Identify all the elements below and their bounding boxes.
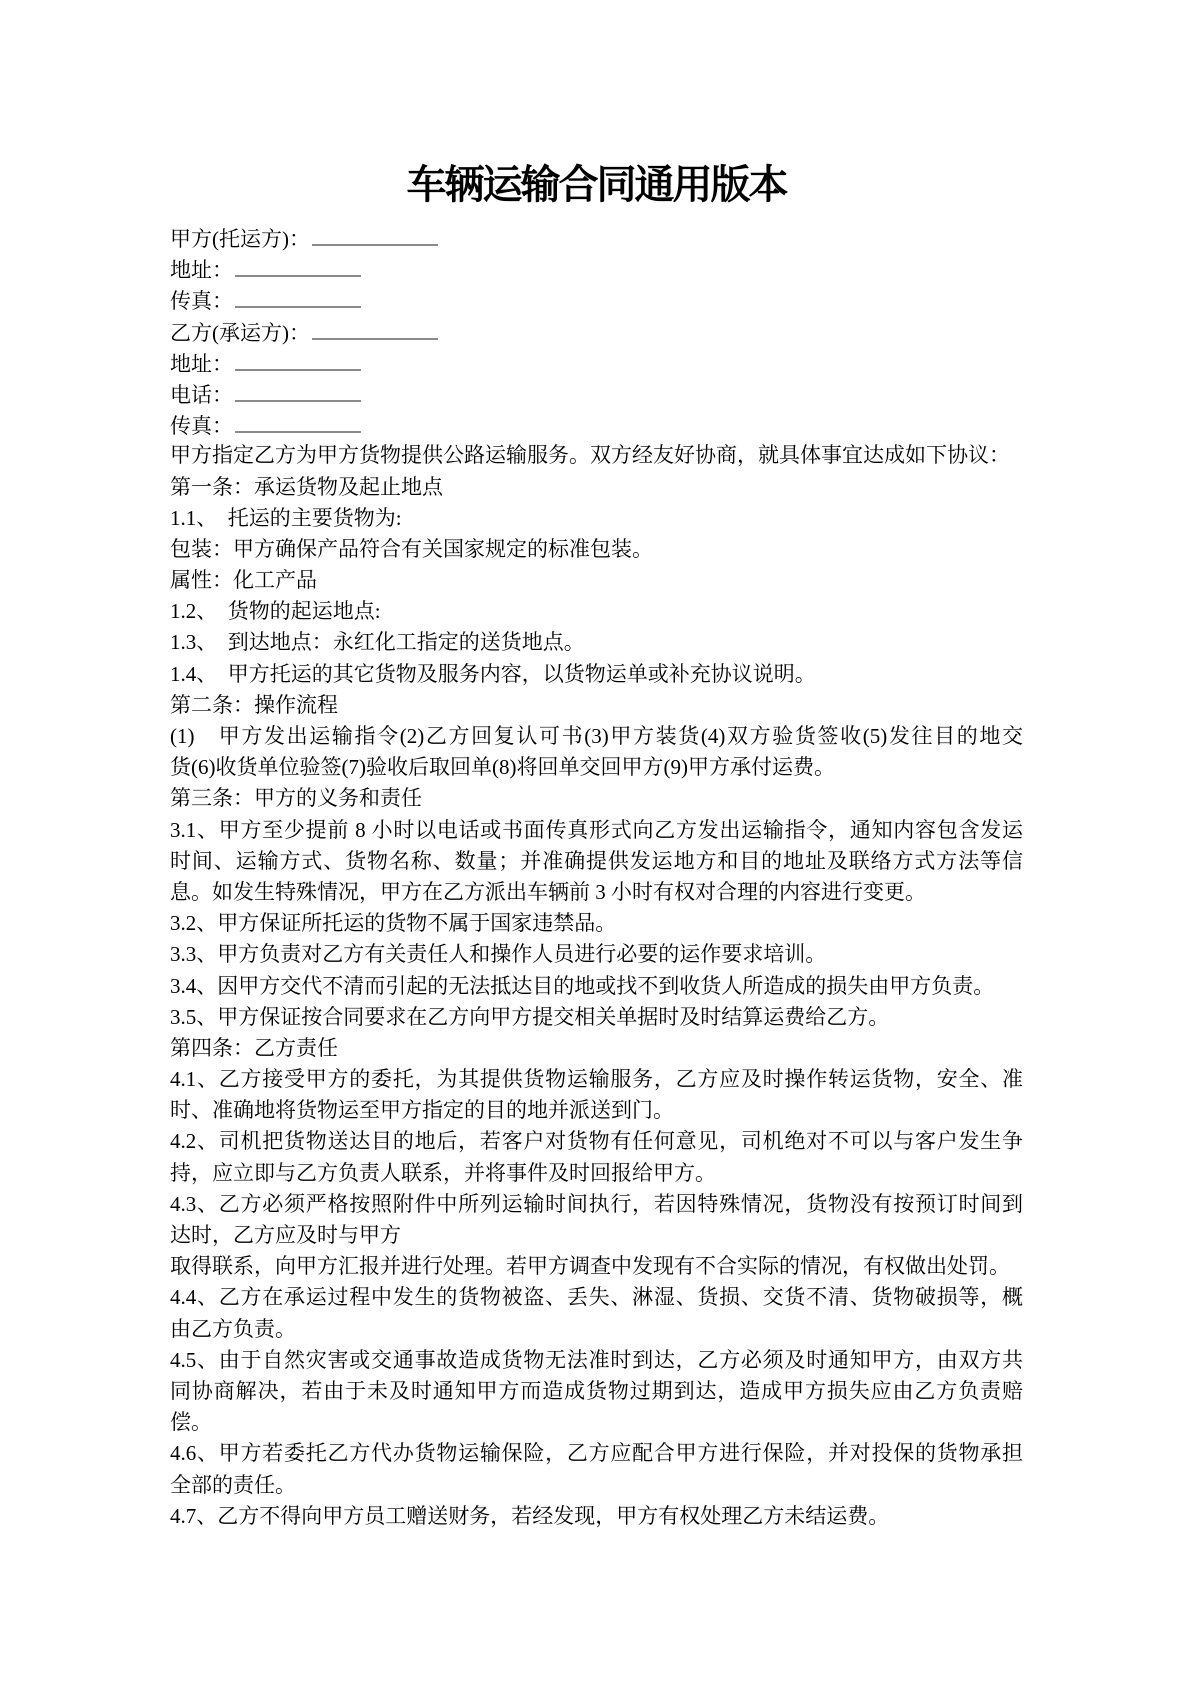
text-line: 时、准确地将货物运至甲方指定的目的地并派送到门。 [170,1095,1023,1126]
text-line: 3.3、甲方负责对乙方有关责任人和操作人员进行必要的运作要求培训。 [170,939,1023,970]
blank-underline [235,284,361,308]
text-line: 第三条：甲方的义务和责任 [170,783,1023,814]
text-line: 时间、运输方式、货物名称、数量；并准确提供发运地方和目的地址及联络方式方法等信 [170,846,1023,877]
text-line: 3.4、因甲方交代不清而引起的无法抵达目的地或找不到收货人所造成的损失由甲方负责… [170,971,1023,1002]
text-line: 达时，乙方应及时与甲方 [170,1220,1023,1251]
text-line: 3.2、甲方保证所托运的货物不属于国家违禁品。 [170,908,1023,939]
text-line: 甲方指定乙方为甲方货物提供公路运输服务。双方经友好协商，就具体事宜达成如下协议： [170,440,1023,471]
text-line: 第四条：乙方责任 [170,1033,1023,1064]
field-label: 甲方(托运方)： [170,227,310,251]
field-label: 乙方(承运方)： [170,321,310,345]
blank-underline [312,222,438,246]
text-line: 持，应立即与乙方负责人联系，并将事件及时回报给甲方。 [170,1158,1023,1189]
text-line: 3.1、甲方至少提前 8 小时以电话或书面传真形式向乙方发出运输指令，通知内容包… [170,815,1023,846]
text-line: 1.4、 甲方托运的其它货物及服务内容，以货物运单或补充协议说明。 [170,659,1023,690]
text-line: 1.3、 到达地点：永红化工指定的送货地点。 [170,627,1023,658]
text-line: 全部的责任。 [170,1470,1023,1501]
text-line: 偿。 [170,1407,1023,1438]
text-line: 属性：化工产品 [170,565,1023,596]
text-line: 1.1、 托运的主要货物为: [170,503,1023,534]
form-field-line: 地址： [170,253,1023,284]
field-label: 传真： [170,289,233,313]
blank-underline [235,347,361,371]
text-line: 同协商解决，若由于未及时通知甲方而造成货物过期到达，造成甲方损失应由乙方负责赔 [170,1376,1023,1407]
form-field-line: 甲方(托运方)： [170,222,1023,253]
text-line: 4.7、乙方不得向甲方员工赠送财务，若经发现，甲方有权处理乙方未结运费。 [170,1501,1023,1532]
text-line: 1.2、 货物的起运地点: [170,596,1023,627]
field-label: 地址： [170,258,233,282]
field-label: 传真： [170,414,233,438]
text-line: 第一条：承运货物及起止地点 [170,472,1023,503]
document-page: 车辆运输合同通用版本 甲方(托运方)：地址：传真：乙方(承运方)：地址：电话：传… [0,0,1190,1683]
text-line: 取得联系，向甲方汇报并进行处理。若甲方调查中发现有不合实际的情况，有权做出处罚。 [170,1251,1023,1282]
blank-underline [235,253,361,277]
field-label: 电话： [170,383,233,407]
text-line: 由乙方负责。 [170,1314,1023,1345]
text-line: 息。如发生特殊情况，甲方在乙方派出车辆前 3 小时有权对合理的内容进行变更。 [170,877,1023,908]
text-line: 第二条：操作流程 [170,690,1023,721]
text-line: 4.1、乙方接受甲方的委托，为其提供货物运输服务，乙方应及时操作转运货物，安全、… [170,1064,1023,1095]
text-line: 4.2、司机把货物送达目的地后，若客户对货物有任何意见，司机绝对不可以与客户发生… [170,1126,1023,1157]
text-line: 4.5、由于自然灾害或交通事故造成货物无法准时到达，乙方必须及时通知甲方，由双方… [170,1345,1023,1376]
text-line: 4.4、乙方在承运过程中发生的货物被盗、丢失、淋湿、货损、交货不清、货物破损等，… [170,1282,1023,1313]
blank-underline [235,409,361,433]
content-area: 车辆运输合同通用版本 甲方(托运方)：地址：传真：乙方(承运方)：地址：电话：传… [170,150,1023,1532]
doc-title: 车辆运输合同通用版本 [170,150,1023,222]
form-field-line: 地址： [170,347,1023,378]
blank-underline [312,316,438,340]
form-field-line: 电话： [170,378,1023,409]
text-line: (1) 甲方发出运输指令(2)乙方回复认可书(3)甲方装货(4)双方验货签收(5… [170,721,1023,752]
blank-underline [235,378,361,402]
field-label: 地址： [170,352,233,376]
text-line: 4.6、甲方若委托乙方代办货物运输保险，乙方应配合甲方进行保险，并对投保的货物承… [170,1438,1023,1469]
text-line: 3.5、甲方保证按合同要求在乙方向甲方提交相关单据时及时结算运费给乙方。 [170,1002,1023,1033]
text-line: 4.3、乙方必须严格按照附件中所列运输时间执行，若因特殊情况，货物没有按预订时间… [170,1189,1023,1220]
text-line: 货(6)收货单位验签(7)验收后取回单(8)将回单交回甲方(9)甲方承付运费。 [170,752,1023,783]
form-field-line: 传真： [170,409,1023,440]
form-field-line: 传真： [170,284,1023,315]
doc-body: 甲方(托运方)：地址：传真：乙方(承运方)：地址：电话：传真：甲方指定乙方为甲方… [170,222,1023,1532]
text-line: 包装：甲方确保产品符合有关国家规定的标准包装。 [170,534,1023,565]
form-field-line: 乙方(承运方)： [170,316,1023,347]
